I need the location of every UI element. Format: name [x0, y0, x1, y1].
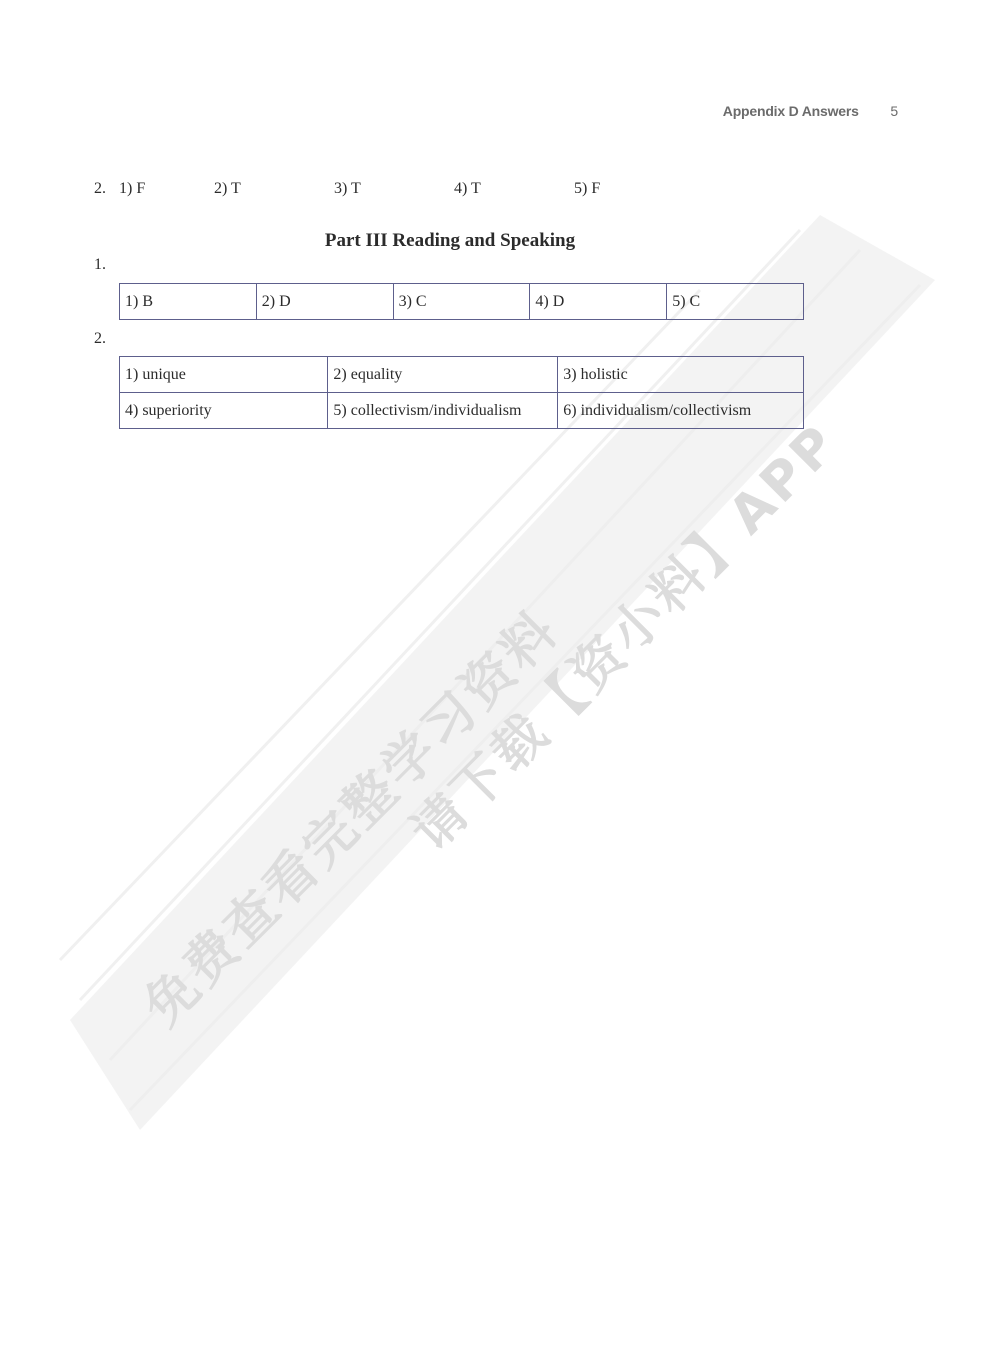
table-row: 1) unique 2) equality 3) holistic	[120, 357, 804, 393]
answer-table-q2: 1) unique 2) equality 3) holistic 4) sup…	[119, 356, 804, 429]
section-heading: Part III Reading and Speaking	[0, 230, 900, 252]
question-number: 2.	[94, 330, 106, 348]
question-number: 1.	[94, 256, 106, 274]
running-header: Appendix D Answers 5	[723, 103, 898, 119]
question-number: 2.	[94, 180, 106, 198]
watermark-text-line1: 免费查看完整学习资料	[123, 590, 572, 1039]
table-row: 4) superiority 5) collectivism/individua…	[120, 393, 804, 429]
tf-answer: 2) T	[214, 180, 241, 198]
tf-answer: 3) T	[334, 180, 361, 198]
table-cell: 2) D	[256, 284, 393, 320]
table-cell: 1) B	[120, 284, 257, 320]
watermark: 免费查看完整学习资料 请下载【资小料】APP	[0, 0, 992, 1346]
watermark-brush-stroke	[0, 0, 992, 1346]
table-cell: 4) D	[530, 284, 667, 320]
table-cell: 4) superiority	[120, 393, 328, 429]
table-row: 1) B 2) D 3) C 4) D 5) C	[120, 284, 804, 320]
table-cell: 3) C	[393, 284, 530, 320]
tf-answer: 4) T	[454, 180, 481, 198]
table-cell: 2) equality	[328, 357, 558, 393]
table-cell: 3) holistic	[558, 357, 804, 393]
answer-table-q1: 1) B 2) D 3) C 4) D 5) C	[119, 283, 804, 320]
header-section-title: Appendix D Answers	[723, 103, 859, 119]
watermark-text-line2: 请下载【资小料】APP	[391, 403, 852, 864]
table-cell: 5) collectivism/individualism	[328, 393, 558, 429]
tf-answer: 5) F	[574, 180, 600, 198]
page-number: 5	[890, 103, 898, 119]
table-cell: 5) C	[667, 284, 804, 320]
table-cell: 1) unique	[120, 357, 328, 393]
table-cell: 6) individualism/collectivism	[558, 393, 804, 429]
tf-answer: 1) F	[119, 180, 145, 198]
